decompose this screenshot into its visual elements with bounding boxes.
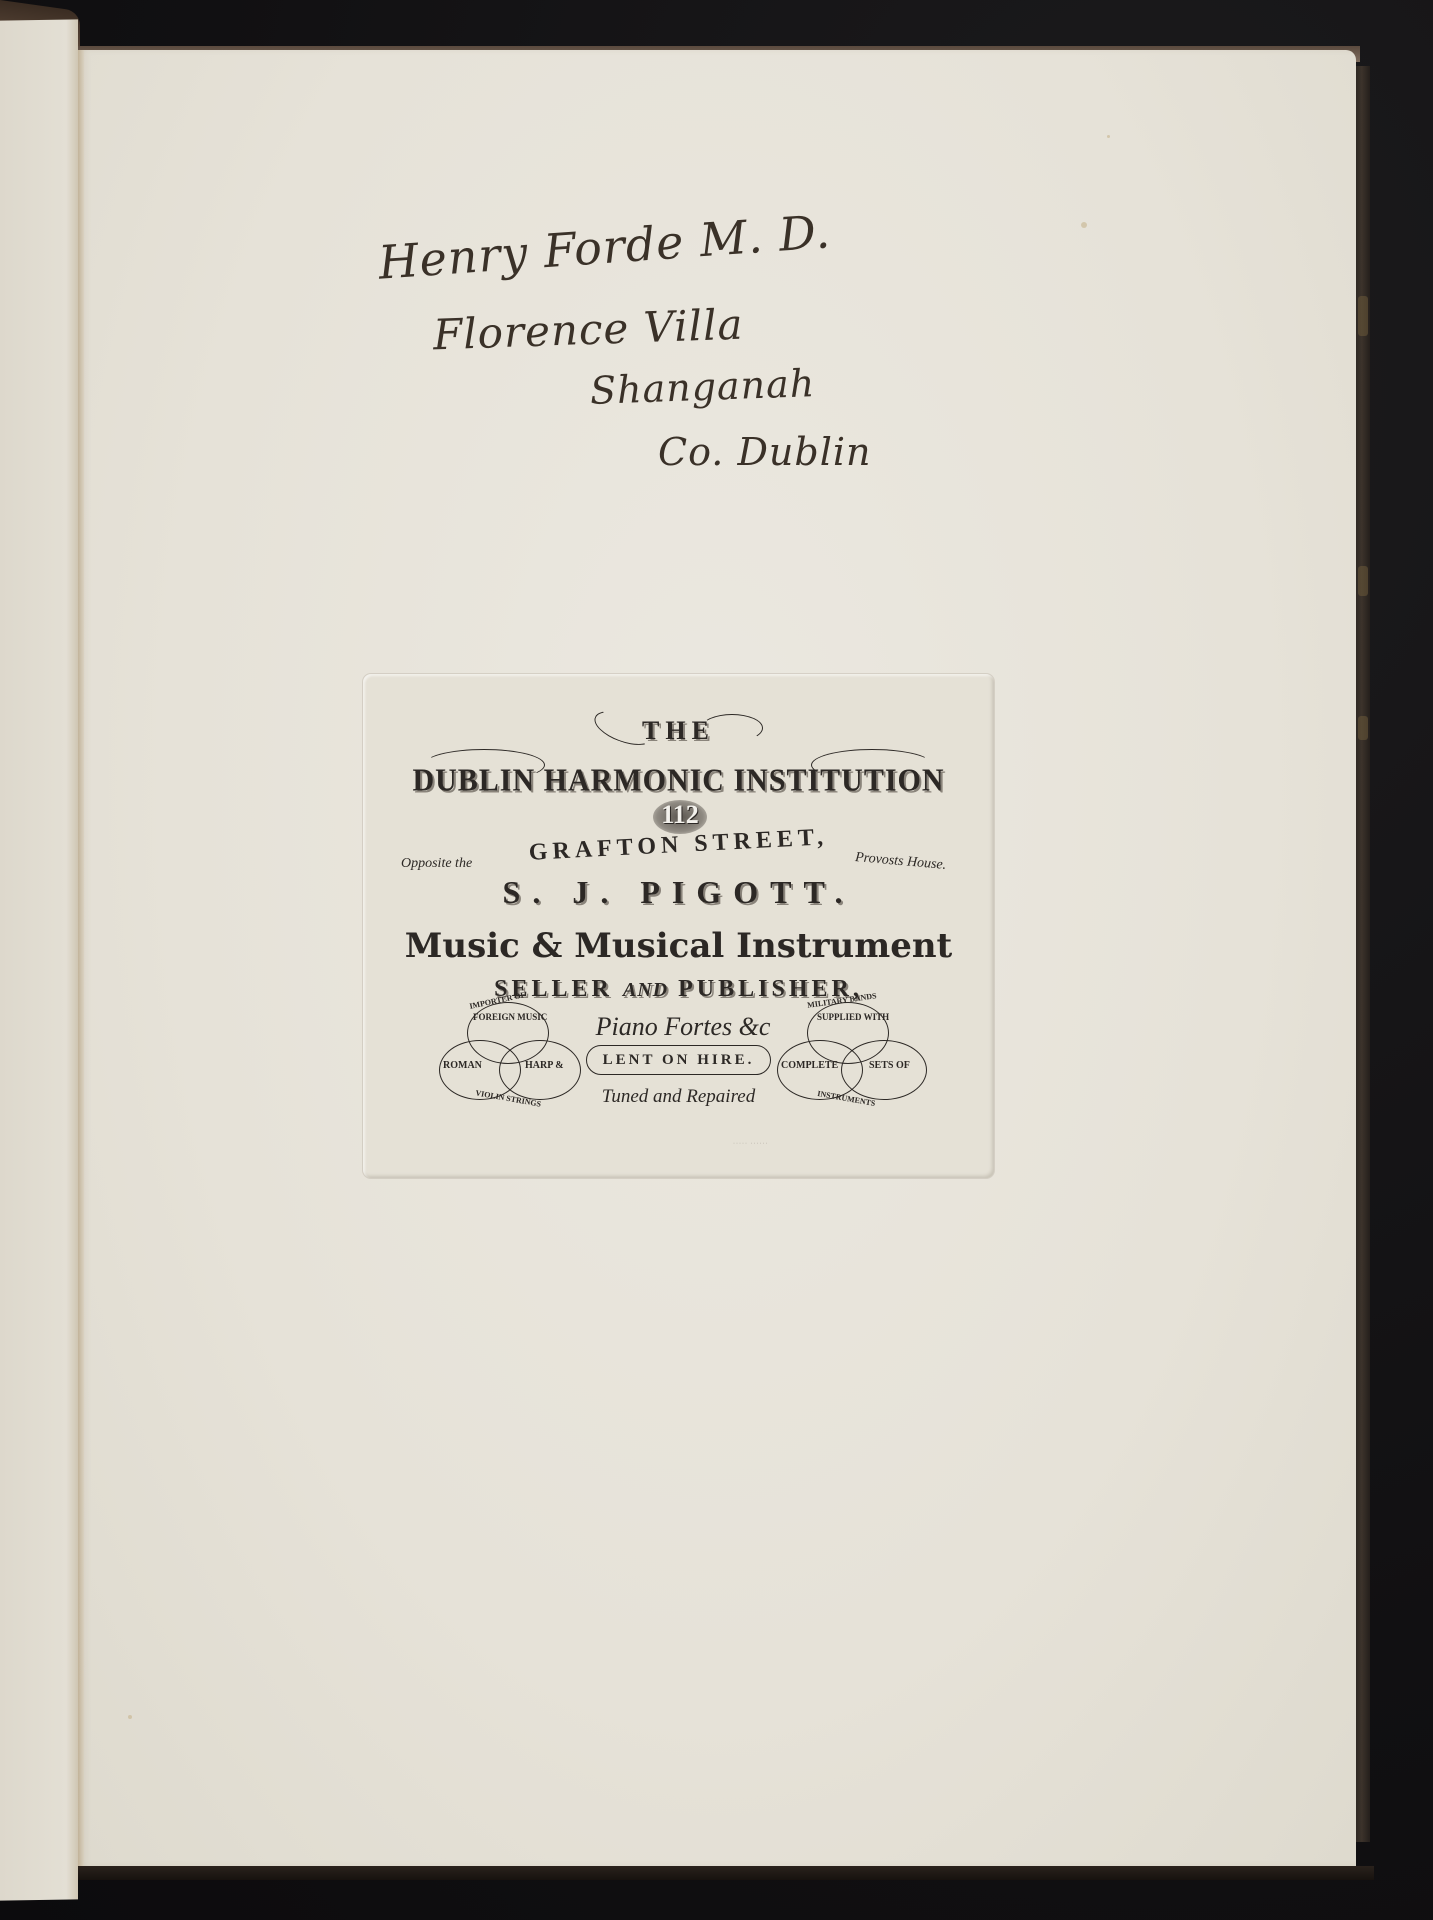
- label-street-number: 112: [653, 800, 707, 834]
- label-provost: Provosts House.: [854, 850, 946, 874]
- inscription-name: Henry Forde M. D.: [377, 204, 833, 289]
- label-opposite: Opposite the: [401, 856, 472, 872]
- engraver-imprint: ····· ······: [733, 1141, 768, 1147]
- page-gutter: [78, 50, 84, 1866]
- engraved-plate: THE DUBLIN HARMONIC INSTITUTION 112 GRAF…: [363, 674, 994, 1178]
- label-proprietor: S. J. PIGOTT.: [363, 874, 994, 911]
- label-trade: Music & Musical Instrument: [363, 926, 994, 966]
- book-page: Henry Forde M. D. Florence Villa Shangan…: [78, 50, 1356, 1866]
- foxing-spot: [128, 1715, 132, 1719]
- label-institution: DUBLIN HARMONIC INSTITUTION: [363, 763, 994, 799]
- label-lent-text: LENT ON HIRE.: [586, 1045, 772, 1075]
- book-board-bottom-edge: [64, 1866, 1374, 1880]
- left-page-edge: [0, 19, 78, 1900]
- marbled-edge-spot: [1358, 566, 1368, 596]
- inscription-villa: Florence Villa: [432, 300, 744, 360]
- label-lent-on-hire: LENT ON HIRE.: [363, 1052, 994, 1069]
- label-tuned: Tuned and Repaired: [363, 1086, 994, 1108]
- badge-arc-inner: SUPPLIED WITH: [817, 1012, 889, 1022]
- book-board-right-edge: [1356, 66, 1370, 1842]
- label-seller-line: SELLER AND PUBLISHER,: [363, 976, 994, 1003]
- foxing-spot: [1081, 222, 1087, 228]
- inscription-town: Shanganah: [589, 361, 816, 413]
- badge-arc-inner: FOREIGN MUSIC: [473, 1012, 547, 1022]
- foxing-spot: [1107, 135, 1110, 138]
- marbled-edge-spot: [1358, 716, 1368, 740]
- label-and: AND: [623, 979, 668, 1001]
- marbled-edge-spot: [1358, 296, 1368, 336]
- label-the: THE: [363, 716, 994, 746]
- inscription-county: Co. Dublin: [658, 430, 872, 474]
